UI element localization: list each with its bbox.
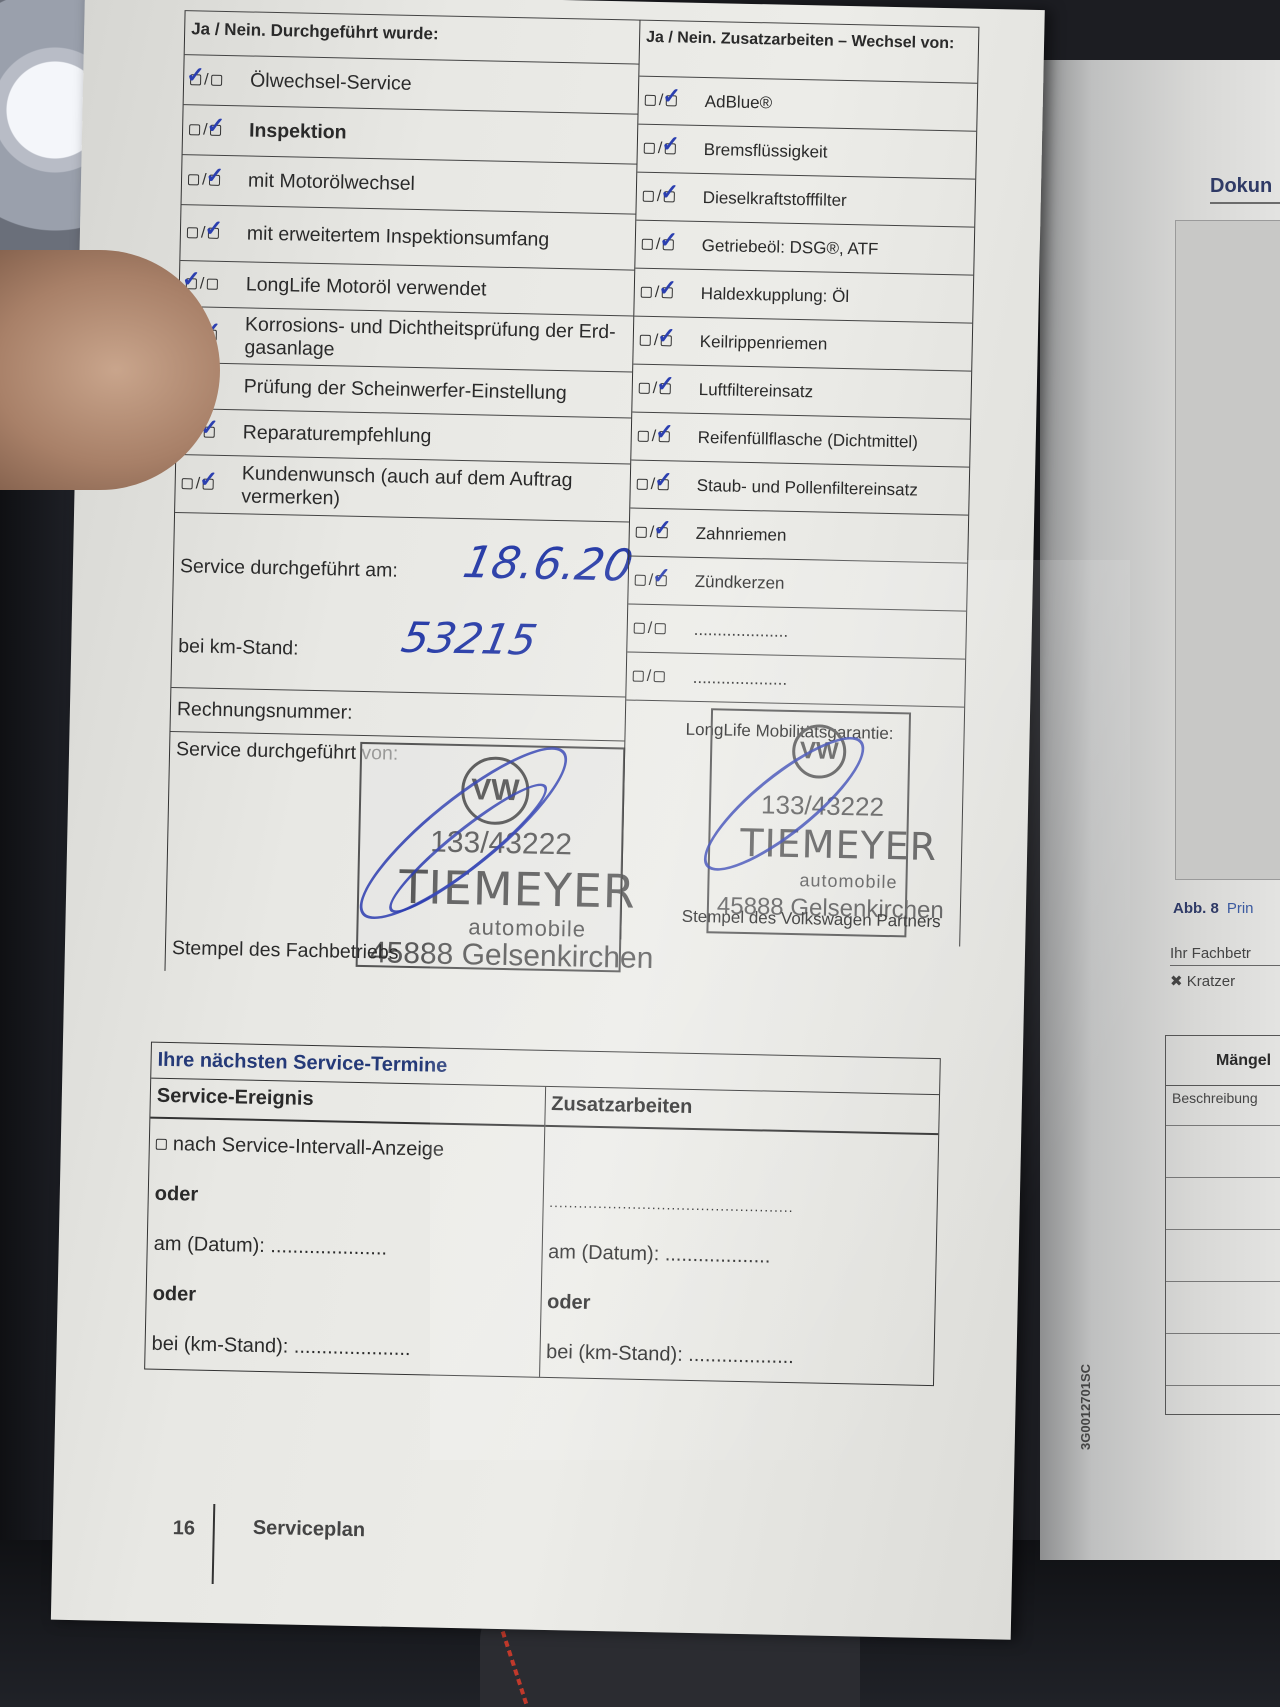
maengel-table: Mängel Beschreibung	[1165, 1035, 1280, 1415]
yes-no-checkboxes[interactable]: /✓	[181, 475, 241, 494]
next-service-table: Ihre nächsten Service-Termine Service-Er…	[144, 1042, 941, 1386]
checkmark-icon: ✓	[204, 216, 223, 242]
yes-no-checkboxes[interactable]: /✓	[639, 379, 699, 398]
additional-item-label: Zündkerzen	[695, 572, 961, 597]
checkmark-icon: ✓	[660, 179, 679, 205]
yes-checkbox[interactable]	[633, 671, 644, 682]
yes-checkbox[interactable]	[189, 124, 200, 135]
additional-item-row: /✓Luftfiltereinsatz	[632, 364, 971, 419]
yes-checkbox[interactable]	[638, 431, 649, 442]
yes-checkbox[interactable]	[637, 479, 648, 490]
yes-no-checkboxes[interactable]: /	[634, 619, 694, 638]
yes-no-checkboxes[interactable]: /✓	[635, 571, 695, 590]
additional-item-label: AdBlue®	[705, 92, 971, 117]
yes-no-checkboxes[interactable]: /✓	[644, 139, 704, 158]
yes-checkbox[interactable]	[634, 623, 645, 634]
performed-item-label: Kundenwunsch (auch auf dem Auftrag verme…	[241, 462, 624, 515]
additional-item-label: Dieselkraftstofffilter	[703, 188, 969, 213]
yes-checkbox[interactable]	[636, 527, 647, 538]
yes-no-checkboxes[interactable]: /✓	[188, 171, 248, 190]
additional-item-label: Luftfiltereinsatz	[699, 380, 965, 405]
longlife-block: LongLife Mobilitätsgarantie: VW 133/4322…	[621, 699, 964, 946]
fachbetrieb-label: Ihr Fachbetr	[1170, 945, 1280, 966]
additional-item-label: Bremsflüssigkeit	[704, 140, 970, 165]
performed-item-label: LongLife Motoröl verwendet	[246, 274, 628, 304]
stamp-subtitle: automobile	[799, 870, 897, 893]
yes-checkbox[interactable]	[644, 143, 655, 154]
km-value[interactable]: 53215	[398, 613, 541, 665]
yes-no-checkboxes[interactable]: /✓	[645, 91, 705, 110]
or-label: oder	[541, 1277, 935, 1335]
performed-item-label: Inspektion	[249, 120, 631, 150]
service-date-block: Service durchgeführt am: 18.6.20 bei km-…	[171, 512, 629, 696]
additional-item-label: ....................	[694, 620, 960, 645]
no-checkbox[interactable]	[207, 279, 218, 290]
performed-item-row: /✓mit erweitertem Inspektionsumfang	[180, 204, 635, 269]
checkmark-icon: ✓	[205, 163, 224, 189]
stamp-label-left: Stempel des Fachbetriebs	[172, 937, 399, 965]
kratzer-legend: ✖ Kratzer	[1170, 972, 1235, 990]
checkmark-icon: ✓	[199, 467, 218, 493]
additional-item-label: Staub- und Pollenfiltereinsatz	[697, 476, 963, 501]
additional-item-row: /✓AdBlue®	[638, 76, 977, 131]
additional-item-row: /✓Getriebeöl: DSG®, ATF	[635, 220, 974, 275]
performed-item-row: /✓Korrosions- und Dichtheitsprüfung der …	[178, 306, 633, 371]
yes-checkbox[interactable]	[645, 95, 656, 106]
performed-item-label: Ölwechsel-Service	[250, 70, 632, 100]
checkmark-icon: ✓	[661, 131, 680, 157]
yes-no-checkboxes[interactable]: /✓	[187, 224, 247, 243]
checkmark-icon: ✓	[656, 371, 675, 397]
figure-image	[1175, 220, 1280, 880]
checkmark-icon: ✓	[662, 83, 681, 109]
performed-work-table: Ja / Nein. Durchgeführt wurde: ✓/Ölwechs…	[164, 10, 639, 980]
invoice-number-label: Rechnungsnummer:	[177, 698, 353, 724]
checkmark-icon: ✓	[653, 515, 672, 541]
additional-item-row: /✓Zahnriemen	[629, 508, 968, 563]
no-checkbox[interactable]	[654, 671, 665, 682]
page-number: 16	[173, 1517, 196, 1540]
additional-item-row: /✓Zündkerzen	[628, 556, 967, 611]
checkmark-icon: ✓	[659, 227, 678, 253]
performed-item-label: Korrosions- und Dichtheitsprüfung der Er…	[244, 314, 627, 367]
no-checkbox[interactable]	[211, 75, 222, 86]
performed-item-row: /✓Kundenwunsch (auch auf dem Auftrag ver…	[175, 454, 630, 521]
figure-caption: Abb. 8Prin	[1173, 900, 1254, 917]
section-title: Serviceplan	[253, 1517, 366, 1542]
or-label: oder	[148, 1169, 542, 1227]
additional-item-row: /✓Haldexkupplung: Öl	[634, 268, 973, 323]
additional-work-header: Ja / Nein. Zusatzarbeiten – Wechsel von:	[639, 20, 978, 83]
yes-no-checkboxes[interactable]: /✓	[637, 475, 697, 494]
yes-no-checkboxes[interactable]: /✓	[636, 523, 696, 542]
additional-date-field[interactable]: am (Datum): ...................	[542, 1227, 936, 1285]
beschreibung-label: Beschreibung	[1166, 1086, 1280, 1126]
additional-work-column: Zusatzarbeiten .........................…	[539, 1087, 939, 1385]
right-page-title: Dokun	[1210, 175, 1280, 204]
yes-checkbox[interactable]	[188, 174, 199, 185]
next-date-field[interactable]: am (Datum): .....................	[147, 1219, 541, 1277]
km-label: bei km-Stand:	[178, 635, 299, 661]
performed-item-label: Prüfung der Scheinwerfer-Einstellung	[243, 376, 625, 406]
yes-no-checkboxes[interactable]: /✓	[189, 121, 249, 140]
checkbox-icon[interactable]	[156, 1138, 167, 1149]
stamp-city: 45888 Gelsenkirchen	[370, 936, 654, 976]
right-booklet-page: Dokun Abb. 8Prin Ihr Fachbetr ✖ Kratzer …	[1040, 60, 1280, 1560]
document-code: 3G0012701SC	[1078, 1364, 1093, 1450]
service-date-label: Service durchgeführt am:	[180, 555, 398, 583]
yes-no-checkboxes[interactable]: /✓	[643, 187, 703, 206]
yes-no-checkboxes[interactable]: /	[633, 667, 693, 686]
yes-no-checkboxes[interactable]: ✓/	[186, 275, 246, 294]
additional-work-table: Ja / Nein. Zusatzarbeiten – Wechsel von:…	[620, 20, 979, 947]
additional-item-label: Getriebeöl: DSG®, ATF	[702, 236, 968, 261]
checkmark-icon: ✓	[652, 563, 671, 589]
no-checkbox[interactable]	[655, 623, 666, 634]
yes-checkbox[interactable]	[641, 287, 652, 298]
yes-checkbox[interactable]	[639, 383, 650, 394]
yes-checkbox[interactable]	[643, 191, 654, 202]
checkmark-icon: ✓	[657, 323, 676, 349]
additional-item-row: /✓Staub- und Pollenfiltereinsatz	[630, 460, 969, 515]
performed-item-label: Reparaturempfehlung	[243, 422, 625, 452]
checkmark-icon: ✓	[206, 113, 225, 139]
additional-item-label: Keilrippenriemen	[700, 332, 966, 357]
service-date-value[interactable]: 18.6.20	[459, 537, 637, 591]
additional-item-row: /✓Dieselkraftstofffilter	[636, 172, 975, 227]
additional-item-row: /✓Bremsflüssigkeit	[637, 124, 976, 179]
yes-no-checkboxes[interactable]: /✓	[638, 427, 698, 446]
yes-checkbox[interactable]	[640, 335, 651, 346]
checkmark-icon: ✓	[655, 419, 674, 445]
additional-item-label: Zahnriemen	[696, 524, 962, 549]
yes-checkbox[interactable]	[182, 478, 193, 489]
next-km-field[interactable]: bei (km-Stand): .....................	[145, 1319, 539, 1377]
yes-checkbox[interactable]	[635, 575, 646, 586]
service-booklet-page: Ja / Nein. Durchgeführt wurde: ✓/Ölwechs…	[51, 0, 1045, 1640]
checkmark-icon: ✓	[654, 467, 673, 493]
additional-work-field[interactable]: ........................................…	[543, 1177, 937, 1235]
checkmark-icon: ✓	[186, 62, 205, 88]
additional-item-row: /....................	[627, 604, 966, 659]
yes-checkbox[interactable]	[187, 227, 198, 238]
service-event-column: Service-Ereignis nach Service-Intervall-…	[145, 1079, 544, 1377]
additional-item-label: Haldexkupplung: Öl	[701, 284, 967, 309]
performed-by-block: Service durchgeführt von: VW 133/43222 T…	[165, 731, 624, 980]
or-label: oder	[146, 1269, 540, 1327]
additional-item-label: ....................	[693, 668, 959, 693]
performed-item-label: mit Motorölwechsel	[248, 170, 630, 200]
checkmark-icon: ✓	[658, 275, 677, 301]
yes-no-checkboxes[interactable]: ✓/	[190, 71, 250, 90]
yes-no-checkboxes[interactable]: /✓	[641, 283, 701, 302]
maengel-header: Mängel	[1166, 1036, 1280, 1086]
footer-divider	[212, 1504, 216, 1584]
performed-item-label: mit erweitertem Inspektionsumfang	[247, 223, 629, 253]
additional-item-row: /✓Keilrippenriemen	[633, 316, 972, 371]
yes-no-checkboxes[interactable]: /✓	[640, 331, 700, 350]
yes-no-checkboxes[interactable]: /✓	[642, 235, 702, 254]
interval-option[interactable]: nach Service-Intervall-Anzeige	[149, 1119, 543, 1177]
additional-km-field[interactable]: bei (km-Stand): ...................	[540, 1327, 934, 1385]
yes-checkbox[interactable]	[642, 239, 653, 250]
additional-item-label: Reifenfüllflasche (Dichtmittel)	[698, 428, 964, 453]
additional-item-row: /✓Reifenfüllflasche (Dichtmittel)	[631, 412, 970, 467]
additional-item-row: /....................	[626, 652, 965, 707]
